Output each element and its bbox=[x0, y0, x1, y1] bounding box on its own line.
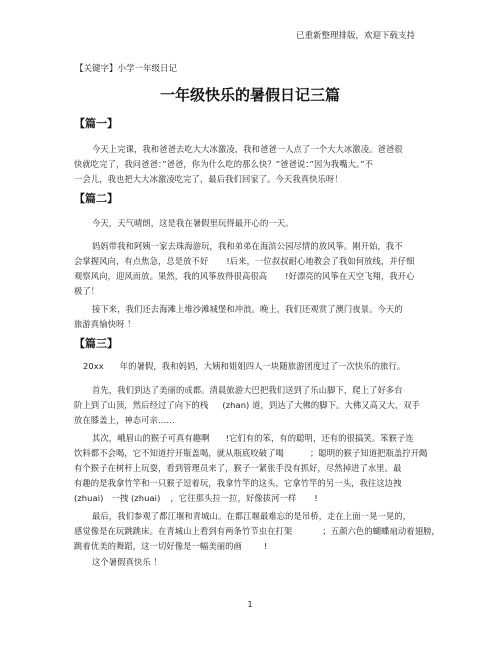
line-part: 会掌握风向，有点焦急，总是放不好 bbox=[74, 256, 208, 266]
paragraph-line: 快就吃完了，我问爸爸：”爸爸，你为什么吃的那么快？”爸爸说：”因为我嘴大。”不 bbox=[74, 158, 373, 170]
paragraph-line: 极了！ bbox=[74, 285, 99, 297]
line-part: 跳着优美的舞蹈，这一切好像是一幅美丽的画 bbox=[74, 541, 242, 551]
paragraph-line: 阶上到了山顶，然后经过了向下的栈(zhan) 道，到达了大佛的脚下。大佛又高又大… bbox=[74, 399, 420, 411]
paragraph-line: ； bbox=[418, 447, 426, 459]
paragraph-line: 观察风向，迎风而放。果然，我的风筝放得很高很高!好漂亮的风筝在天空飞翔，我开心 bbox=[74, 270, 415, 282]
document-title: 一年级快乐的暑假日记三篇 bbox=[0, 84, 500, 105]
line-part: !好漂亮的风筝在天空飞翔，我开心 bbox=[285, 271, 414, 281]
paragraph-line: 会掌握风向，有点焦急，总是放不好!后来，一位叔叔耐心地教会了我如何放线，并仔细 bbox=[74, 255, 415, 267]
section-heading-3: 【篇三】 bbox=[74, 335, 118, 351]
paragraph-line: 今天，天气晴朗，这是我在暑假里玩得最开心的一天。 bbox=[92, 217, 294, 229]
line-part: !它们有的笨，有的聪明，还有的很搞笑。笨猴子连 bbox=[226, 433, 414, 443]
paragraph-line: 妈妈带我和阿姨一家去珠海游玩，我和弟弟在海滨公园尽情的放风筝。刚开始，我不 bbox=[92, 240, 403, 252]
line-part: 一拽 (zhuai) bbox=[111, 493, 160, 503]
paragraph-line: 首先，我们到达了美丽的成都。清晨旅游大巴把我们送到了乐山脚下，爬上了好多台 bbox=[92, 384, 403, 396]
section-heading-2: 【篇二】 bbox=[74, 190, 118, 206]
paragraph-line: 一会儿，我也把大大冰激凌吃完了，最后我们回家了。今天我真快乐呀！ bbox=[74, 173, 343, 185]
line-part: (zhuai) bbox=[74, 493, 103, 503]
paragraph-line: (zhuai)一拽 (zhuai)，它往那头拉一拉，好像拔河一样! bbox=[74, 492, 318, 504]
line-part: !后来，一位叔叔耐心地教会了我如何放线，并仔细 bbox=[226, 256, 414, 266]
paragraph-line: 今天上完课，我和爸爸去吃大大冰激凌，我和爸爸一人点了一个大大冰激凌。爸爸很 bbox=[92, 143, 403, 155]
paragraph-line: 有个猴子在树杆上玩耍，看到管理员来了，猴子一紧张手没有抓好，尽然掉进了水里。最 bbox=[74, 462, 401, 474]
paragraph-line: 最后，我们参观了都江堰和青城山。在都江堰最难忘的是吊桥，走在上面一晃一晃的， bbox=[92, 510, 411, 522]
line-part: (zhan) 道，到达了大佛的脚下。大佛又高又大，双手 bbox=[222, 400, 420, 410]
line-part: 感觉像是在玩跳跳床。在青城山上看到有两条竹节虫在打架 bbox=[74, 526, 292, 536]
keyword-label: 【关键字】小学一年级日记 bbox=[75, 62, 177, 74]
paragraph-line: 20xx年的暑假，我和妈妈，大姨和姐姐四人一块随旅游团度过了一次快乐的旅行。 bbox=[83, 360, 405, 372]
line-part: ，它往那头拉一拉，好像拔河一样 bbox=[170, 493, 296, 503]
section-heading-1: 【篇一】 bbox=[74, 115, 118, 131]
line-part: ；五颜六色的蝴蝶扇动着翅膀， bbox=[322, 526, 440, 536]
page-number: 1 bbox=[0, 600, 500, 609]
paragraph-line: 跳着优美的舞蹈，这一切好像是一幅美丽的画! bbox=[74, 540, 267, 552]
paragraph-line: 饮料都不会喝，它不知道拧开瓶盖喝，就从瓶底咬破了喝；聪明的猴子知道把瓶盖拧开喝 bbox=[74, 447, 428, 459]
line-part: 阶上到了山顶，然后经过了向下的栈 bbox=[74, 400, 208, 410]
line-part: 年的暑假，我和妈妈，大姨和姐姐四人一块随旅游团度过了一次快乐的旅行。 bbox=[120, 361, 406, 371]
paragraph-line: 放在膝盖上，神态可亲…… bbox=[74, 414, 175, 426]
line-part: 观察风向，迎风而放。果然，我的风筝放得很高很高 bbox=[74, 271, 267, 281]
line-part: ! bbox=[264, 541, 267, 551]
line-part: 饮料都不会喝，它不知道拧开瓶盖喝，就从瓶底咬破了喝 bbox=[74, 448, 284, 458]
line-part: ；聪明的猴子知道把瓶盖拧开喝 bbox=[310, 448, 428, 458]
paragraph-line: 感觉像是在玩跳跳床。在青城山上看到有两条竹节虫在打架；五颜六色的蝴蝶扇动着翅膀， bbox=[74, 525, 440, 537]
paragraph-line: 接下来，我们还去海滩上堆沙滩城堡和冲浪。晚上，我们还观赏了澳门夜景。今天的 bbox=[92, 303, 403, 315]
download-notice: 已重新整理排版，欢迎下载支持 bbox=[296, 29, 415, 41]
paragraph-line: 这个暑假真快乐 ！ bbox=[92, 556, 162, 568]
line-part: 其次，峨眉山的猴子可真有趣啊 bbox=[92, 433, 210, 443]
line-part: ! bbox=[314, 493, 317, 503]
line-part: 20xx bbox=[83, 361, 104, 371]
paragraph-line: 其次，峨眉山的猴子可真有趣啊!它们有的笨，有的聪明，还有的很搞笑。笨猴子连 bbox=[92, 432, 414, 444]
paragraph-line: 有趣的是我拿竹竿和一只猴子逗着玩，我拿竹竿的这头，它拿竹竿的另一头，我往这边拽 bbox=[74, 477, 401, 489]
paragraph-line: 旅游真愉快呀 ！ bbox=[74, 318, 136, 330]
